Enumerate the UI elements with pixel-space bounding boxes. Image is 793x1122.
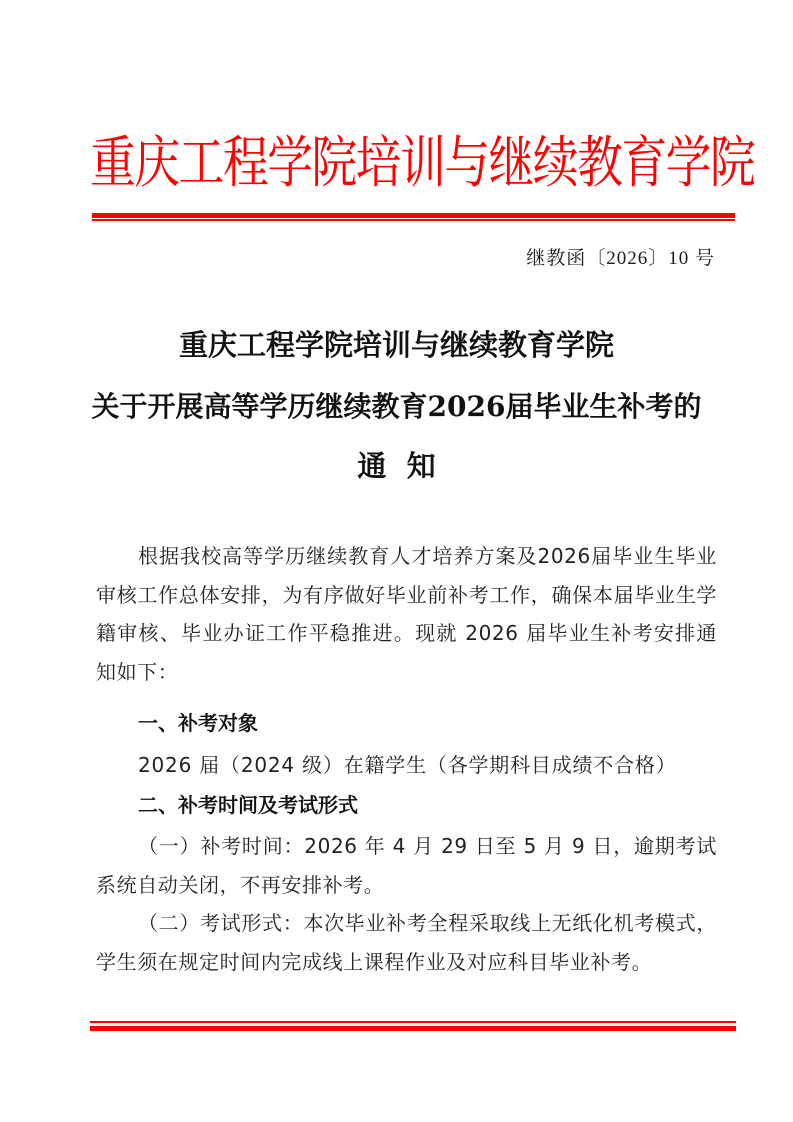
section-1-heading: 一、补考对象 <box>138 708 258 738</box>
section-2-heading: 二、补考时间及考试形式 <box>138 790 358 820</box>
title-line-1: 重庆工程学院培训与继续教育学院 <box>0 325 793 365</box>
masthead-rule-thin <box>92 219 735 221</box>
footer-rule-thick <box>90 1026 736 1031</box>
section-2-item-2-block: （二）考试形式：本次毕业补考全程采取线上无纸化机考模式，学生须在规定时间内完成线… <box>96 904 717 981</box>
masthead-title: 重庆工程学院培训与继续教育学院 <box>90 128 730 200</box>
section-2-item-2: （二）考试形式：本次毕业补考全程采取线上无纸化机考模式，学生须在规定时间内完成线… <box>96 904 717 981</box>
section-2-item-1-block: （一）补考时间：2026 年 4 月 29 日至 5 月 9 日，逾期考试系统自… <box>96 827 717 904</box>
document-page: 重庆工程学院培训与继续教育学院 继教函〔2026〕10 号 重庆工程学院培训与继… <box>0 0 793 1122</box>
title-line-2: 关于开展高等学历继续教育2026届毕业生补考的 <box>0 387 793 427</box>
intro-paragraph: 根据我校高等学历继续教育人才培养方案及2026届毕业生毕业审核工作总体安排，为有… <box>96 537 717 691</box>
title-line-3: 通 知 <box>0 446 793 486</box>
intro-paragraph-block: 根据我校高等学历继续教育人才培养方案及2026届毕业生毕业审核工作总体安排，为有… <box>96 537 717 691</box>
section-2-item-1: （一）补考时间：2026 年 4 月 29 日至 5 月 9 日，逾期考试系统自… <box>96 827 717 904</box>
masthead-rule-thick <box>92 213 735 218</box>
section-1-text: 2026 届（2024 级）在籍学生（各学期科目成绩不合格） <box>138 750 677 780</box>
footer-rule-thin <box>90 1021 736 1023</box>
document-number: 继教函〔2026〕10 号 <box>526 246 715 272</box>
